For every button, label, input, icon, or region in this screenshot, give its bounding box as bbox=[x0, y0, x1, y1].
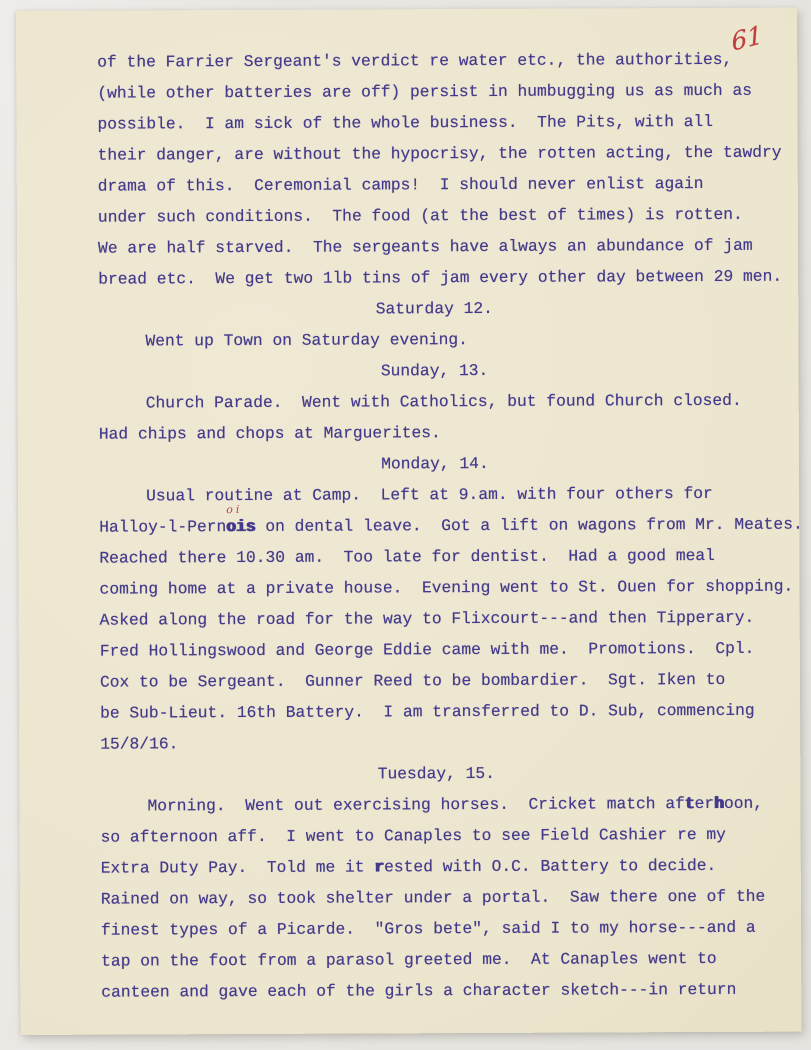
text-line: Tuesday, 15. bbox=[100, 757, 772, 791]
text-line: Morning. Went out exercising horses. Cri… bbox=[100, 788, 772, 822]
overtyped-text: oisoi bbox=[226, 517, 255, 536]
text-line: Usual routine at Camp. Left at 9.am. wit… bbox=[99, 478, 771, 512]
handwritten-correction: oi bbox=[226, 504, 242, 515]
text-segment: er bbox=[695, 794, 715, 813]
text-line: (while other batteries are off) persist … bbox=[97, 75, 769, 109]
text-line: Cox to be Sergeant. Gunner Reed to be bo… bbox=[100, 664, 772, 698]
text-line: 15/8/16. bbox=[100, 726, 772, 760]
text-line: finest types of a Picarde. "Gros bete", … bbox=[101, 912, 773, 946]
text-line: possible. I am sick of the whole busines… bbox=[97, 106, 769, 140]
text-line: tap on the foot from a parasol greeted m… bbox=[101, 943, 773, 977]
text-line: Had chips and chops at Marguerites. bbox=[99, 416, 771, 450]
text-line: under such conditions. The food (at the … bbox=[98, 199, 770, 233]
text-line: their danger, are without the hypocrisy,… bbox=[98, 137, 770, 171]
overtyped-text: h bbox=[714, 794, 724, 813]
text-line: Church Parade. Went with Catholics, but … bbox=[99, 385, 771, 419]
text-segment: on dental leave. Got a lift on wagons fr… bbox=[256, 515, 803, 536]
text-line: Rained on way, so took shelter under a p… bbox=[101, 881, 773, 915]
text-segment: ested with O.C. Battery to decide. bbox=[384, 856, 716, 876]
text-line: Asked along the road for the way to Flix… bbox=[100, 602, 772, 636]
text-line: of the Farrier Sergeant's verdict re wat… bbox=[97, 44, 769, 78]
document-lines: of the Farrier Sergeant's verdict re wat… bbox=[97, 44, 773, 1008]
text-line: Sunday, 13. bbox=[99, 354, 771, 388]
text-line: be Sub-Lieut. 16th Battery. I am transfe… bbox=[100, 695, 772, 729]
text-line: Extra Duty Pay. Told me it rested with O… bbox=[101, 850, 773, 884]
overtyped-text: r bbox=[374, 857, 384, 876]
text-line: bread etc. We get two 1lb tins of jam ev… bbox=[98, 261, 770, 295]
text-segment: Morning. Went out exercising horses. Cri… bbox=[147, 794, 684, 815]
text-line: Halloy-l-Pernoisoi on dental leave. Got … bbox=[99, 509, 771, 543]
text-segment: Extra Duty Pay. Told me it bbox=[101, 857, 375, 877]
document-page: 61 of the Farrier Sergeant's verdict re … bbox=[16, 8, 801, 1035]
text-segment: Halloy-l-Pern bbox=[99, 517, 226, 537]
text-line: canteen and gave each of the girls a cha… bbox=[101, 974, 773, 1008]
text-line: Reached there 10.30 am. Too late for den… bbox=[99, 540, 771, 574]
text-line: Went up Town on Saturday evening. bbox=[98, 323, 770, 357]
text-segment: oon, bbox=[724, 794, 763, 813]
text-line: coming home at a private house. Evening … bbox=[99, 571, 771, 605]
text-line: Monday, 14. bbox=[99, 447, 771, 481]
overtyped-text: t bbox=[685, 794, 695, 813]
text-line: We are half starved. The sergeants have … bbox=[98, 230, 770, 264]
text-line: so afternoon aff. I went to Canaples to … bbox=[101, 819, 773, 853]
text-line: Fred Hollingswood and George Eddie came … bbox=[100, 633, 772, 667]
text-line: drama of this. Ceremonial camps! I shoul… bbox=[98, 168, 770, 202]
text-line: Saturday 12. bbox=[98, 292, 770, 326]
